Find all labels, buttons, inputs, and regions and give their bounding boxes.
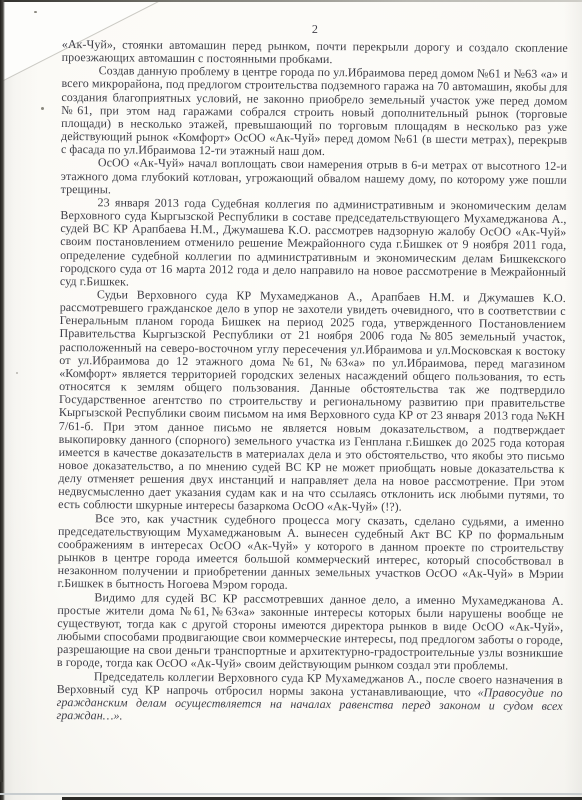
scan-edge-left (0, 0, 5, 800)
paragraph: ОсОО «Ак-Чуй» начал воплощать свои намер… (61, 156, 567, 199)
scan-artifact (0, 770, 3, 782)
paragraph-final: Председатель коллегии Верховного суда КР… (56, 669, 562, 726)
paragraph: Создав данную проблему в центре города п… (61, 64, 568, 160)
paragraph: Судьи Верховного суда КР Мухамеджанов А.… (58, 288, 566, 516)
document-text: 2 «Ак-Чуй», стоянки автомашин перед рынк… (56, 20, 567, 726)
paper-bottom-edge (0, 793, 582, 795)
page-number: 2 (62, 20, 568, 38)
paragraph: 23 января 2013 года Судебная коллегия по… (60, 196, 567, 292)
scanned-page: 2 «Ак-Чуй», стоянки автомашин перед рынк… (0, 0, 582, 800)
scan-speckle (16, 372, 18, 374)
paragraph: Все это, как участник судебного процесса… (58, 512, 565, 595)
scan-speckle (41, 107, 44, 110)
scan-speckle (34, 11, 37, 13)
paragraph: Видимо для судей ВС КР рассмотревших дан… (57, 591, 564, 674)
scan-edge-top (0, 0, 582, 2)
